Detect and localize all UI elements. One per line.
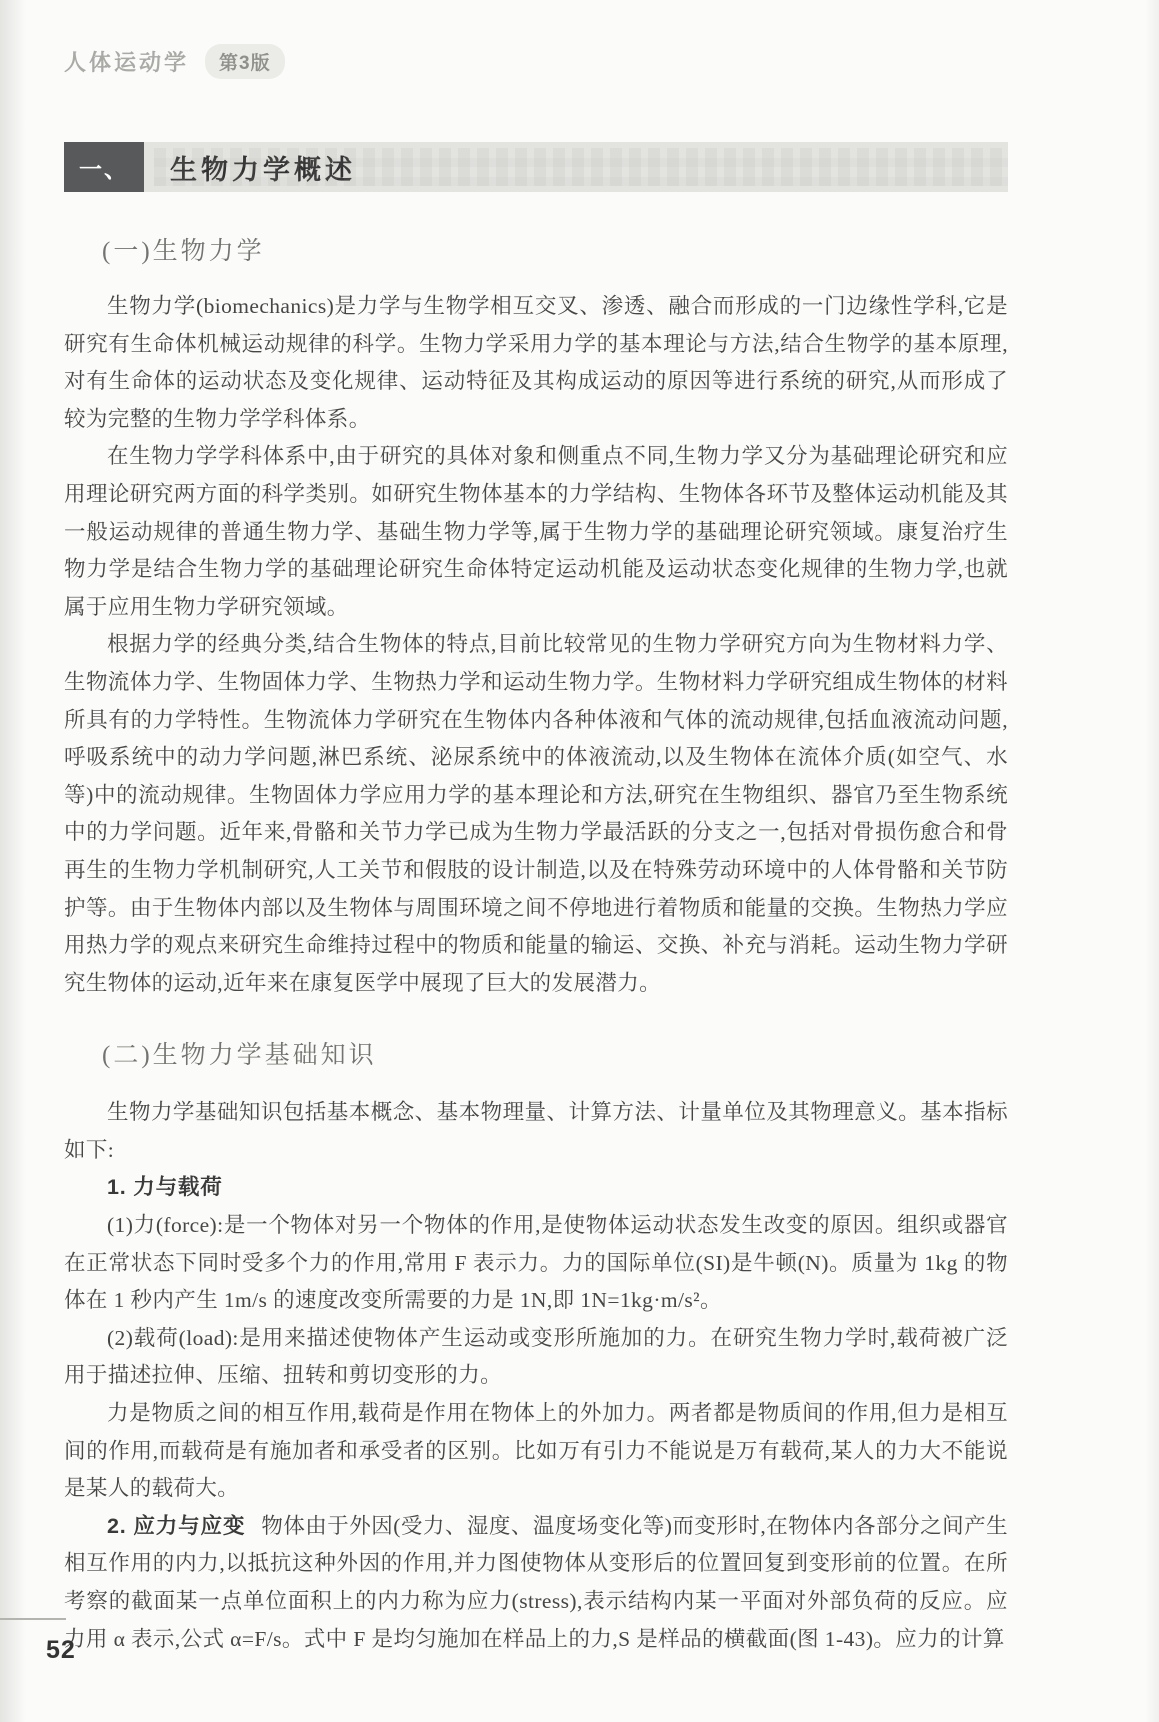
section-header-bar: 一、 生物力学概述 (64, 142, 1008, 192)
topic-2-heading: 2. 应力与应变 (107, 1514, 261, 1538)
book-title: 人体运动学 (64, 46, 189, 77)
edition-badge: 第3版 (205, 44, 285, 79)
topic-1-heading: 1. 力与载荷 (64, 1169, 1008, 1207)
topic-2-paragraph: 2. 应力与应变物体由于外因(受力、湿度、温度场变化等)而变形时,在物体内各部分… (64, 1508, 1008, 1658)
subsection-2-heading: (二)生物力学基础知识 (64, 1036, 1008, 1076)
paragraph: (1)力(force):是一个物体对另一个物体的作用,是使物体运动状态发生改变的… (64, 1207, 1008, 1320)
page-number: 52 (46, 1636, 76, 1665)
paragraph: 根据力学的经典分类,结合生物体的特点,目前比较常见的生物力学研究方向为生物材料力… (64, 626, 1008, 1002)
footer-rule (0, 1618, 66, 1620)
paragraph: 力是物质之间的相互作用,载荷是作用在物体上的外加力。两者都是物质间的作用,但力是… (64, 1395, 1008, 1508)
paragraph: 在生物力学学科体系中,由于研究的具体对象和侧重点不同,生物力学又分为基础理论研究… (64, 438, 1008, 626)
page-body: (一)生物力学 生物力学(biomechanics)是力学与生物学相互交叉、渗透… (64, 212, 1008, 1658)
section-number-box: 一、 (64, 142, 144, 192)
paragraph: (2)载荷(load):是用来描述使物体产生运动或变形所施加的力。在研究生物力学… (64, 1320, 1008, 1395)
running-head: 人体运动学 第3版 (64, 44, 285, 79)
scanned-book-page: 人体运动学 第3版 一、 生物力学概述 (一)生物力学 生物力学(biomech… (0, 0, 1159, 1722)
intro-paragraph: 生物力学基础知识包括基本概念、基本物理量、计算方法、计量单位及其物理意义。基本指… (64, 1094, 1008, 1169)
paragraph: 生物力学(biomechanics)是力学与生物学相互交叉、渗透、融合而形成的一… (64, 288, 1008, 438)
section-title: 生物力学概述 (170, 142, 356, 192)
subsection-1-heading: (一)生物力学 (64, 232, 1008, 272)
